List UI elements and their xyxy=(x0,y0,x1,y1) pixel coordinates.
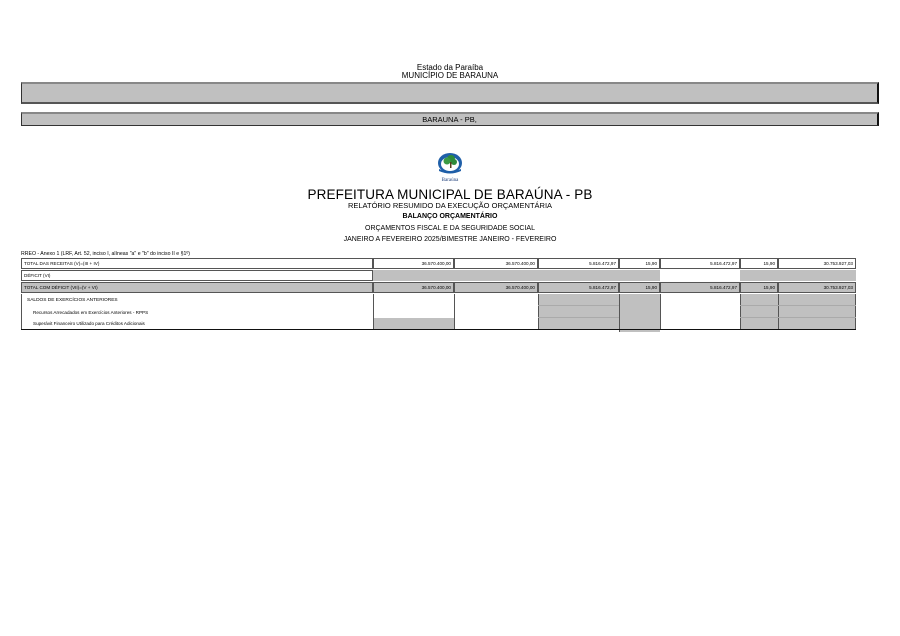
row-label: SALDOS DE EXERCÍCIOS ANTERIORES xyxy=(25,296,365,305)
value-cell xyxy=(660,270,740,281)
municipality-name: MUNICÍPIO DE BARAUNA xyxy=(0,72,900,80)
value-cell: 5.816.472,97 xyxy=(538,282,619,293)
svg-text:Baraúna: Baraúna xyxy=(442,178,459,183)
table-bottom-border xyxy=(21,329,856,330)
value-cell xyxy=(373,294,454,318)
value-cell xyxy=(538,294,619,330)
report-name: BALANÇO ORÇAMENTÁRIO xyxy=(0,213,900,221)
value-cell: 30.753.927,03 xyxy=(778,258,856,269)
municipal-coat-of-arms-tree-icon: Baraúna xyxy=(431,150,469,184)
value-cell xyxy=(373,270,660,281)
value-cell xyxy=(740,270,856,281)
row-label: TOTAL DAS RECEITAS (V)=(III + IV) xyxy=(21,258,373,269)
value-cell: 36.570.400,00 xyxy=(373,282,454,293)
value-cell: 36.570.400,00 xyxy=(454,282,538,293)
row-label: DÉFICIT (VI) xyxy=(21,270,373,281)
report-scope: ORÇAMENTOS FISCAL E DA SEGURIDADE SOCIAL xyxy=(0,225,900,233)
municipal-logo: Baraúna xyxy=(431,150,469,184)
value-cell: 36.570.400,00 xyxy=(373,258,454,269)
value-cell xyxy=(619,294,660,332)
header-band-empty xyxy=(21,82,879,104)
value-cell xyxy=(778,294,856,330)
table-row: TOTAL COM DÉFICIT (VII)=(V + VI) 36.570.… xyxy=(21,282,856,293)
row-label: TOTAL COM DÉFICIT (VII)=(V + VI) xyxy=(21,282,373,293)
value-cell: 5.816.472,97 xyxy=(660,258,740,269)
table-row: TOTAL DAS RECEITAS (V)=(III + IV) 36.570… xyxy=(21,258,856,269)
prefeitura-title: PREFEITURA MUNICIPAL DE BARAÚNA - PB xyxy=(0,188,900,202)
value-cell: 5.816.472,97 xyxy=(538,258,619,269)
report-subtitle: RELATÓRIO RESUMIDO DA EXECUÇÃO ORÇAMENTÁ… xyxy=(0,202,900,210)
value-cell: 15,90 xyxy=(740,282,778,293)
value-cell: 5.816.472,97 xyxy=(660,282,740,293)
header-band-location: BARAUNA - PB, xyxy=(21,112,879,126)
row-label: Recursos Arrecadados em Exercícios Anter… xyxy=(31,308,371,317)
value-cell xyxy=(454,294,538,330)
value-cell: 30.753.927,03 xyxy=(778,282,856,293)
value-cell xyxy=(740,294,778,330)
value-cell: 15,90 xyxy=(740,258,778,269)
value-cell xyxy=(660,294,740,330)
row-label: Superávit Financeiro Utilizado para Créd… xyxy=(31,319,371,328)
legal-reference: RREO - Anexo 1 (LRF, Art. 52, inciso I, … xyxy=(21,251,190,257)
saldos-section: SALDOS DE EXERCÍCIOS ANTERIORES Recursos… xyxy=(21,294,856,330)
value-cell: 36.570.400,00 xyxy=(454,258,538,269)
table-row: DÉFICIT (VI) xyxy=(21,270,856,281)
value-cell: 15,90 xyxy=(619,258,660,269)
report-period: JANEIRO A FEVEREIRO 2025/BIMESTRE JANEIR… xyxy=(0,236,900,244)
value-cell: 15,90 xyxy=(619,282,660,293)
